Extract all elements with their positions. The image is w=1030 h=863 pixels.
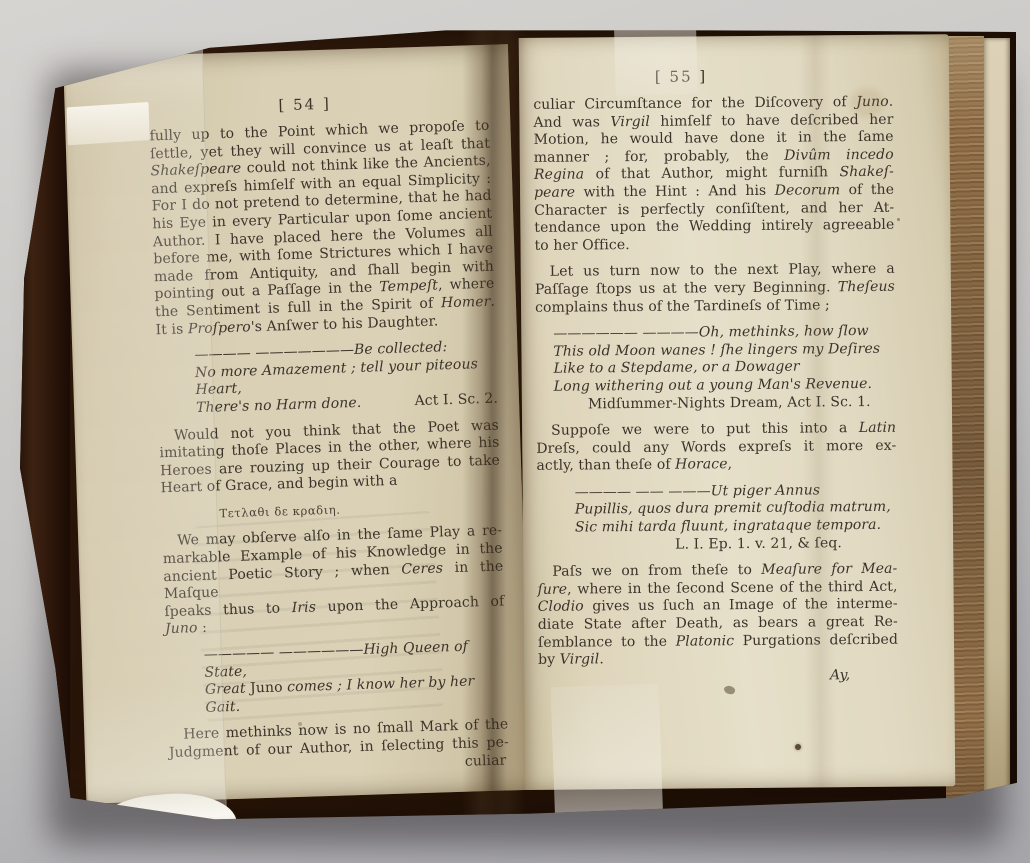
italic-text-segment: Juno [165, 621, 198, 638]
text-segment: of that Author, might furniſh [584, 165, 840, 183]
page-number-left: [ 54 ] [134, 89, 474, 120]
right-page: [ 55 ] culiar Circumſtance for the Diſco… [519, 34, 956, 790]
italic-text-segment: Ay, [830, 667, 850, 683]
italic-text-segment: Great [205, 681, 251, 698]
text-segment: himſelf to have deſcribed her [650, 111, 894, 129]
italic-text-segment: Iris [292, 599, 317, 616]
text-segment: —————— ———— [553, 325, 699, 342]
italic-text-segment: Theſeus [838, 279, 895, 295]
text-segment: gives us ſuch an Image of the interme- [584, 596, 898, 615]
page-number-right: [ 55 ] [501, 65, 861, 88]
text-segment: , where [438, 276, 495, 294]
left-page-text: [ 54 ] fully up to the Point which we pr… [148, 89, 509, 781]
text-line: Dreſs, could any Words expreſs it more e… [536, 437, 896, 458]
text-segment: ————— —————— [204, 642, 364, 663]
text-segment: Act I. Sc. 2. [414, 390, 498, 409]
text-segment: . [490, 294, 495, 310]
italic-text-segment: Oh, methinks, how ſlow [699, 323, 869, 340]
text-line: ſemblance to the Platonic Purgations deſ… [538, 631, 898, 652]
text-segment: of the [840, 182, 894, 198]
italic-text-segment: Ceres [401, 560, 443, 577]
text-line: Midſummer-Nights Dream, Act I. Sc. 1. [536, 393, 896, 414]
text-line: Τετλαθι δε κραδιη. [161, 496, 501, 524]
text-block: culiar Circumſtance for the Diſcovery of… [533, 94, 894, 255]
italic-text-segment: Homer [441, 294, 491, 312]
italic-text-segment: Regina [534, 167, 584, 183]
italic-text-segment: Shakeſpeare [150, 161, 241, 180]
text-block: fully up to the Point which we propoſe t… [149, 118, 495, 340]
italic-text-segment: Tempeſt [379, 278, 438, 296]
text-segment: culiar [465, 752, 507, 769]
right-page-text: [ 55 ] culiar Circumſtance for the Diſco… [533, 65, 898, 688]
tissue-repair-strip [551, 683, 664, 829]
text-block: Τετλαθι δε κραδιη. [161, 496, 501, 524]
left-page: [ 54 ] fully up to the Point which we pr… [63, 44, 531, 804]
text-segment: . [889, 94, 894, 110]
text-segment: complains thus of the Tardineſs of Time … [535, 297, 830, 316]
text-segment: ſemblance to the [538, 633, 676, 650]
text-line: This old Moon wanes ! ſhe lingers my Deſ… [535, 340, 895, 361]
italic-text-segment: Like to a Stepdame, or a Dowager [554, 359, 800, 377]
text-block: ———— —— ———Ut piger AnnusPupillis, quos … [537, 482, 898, 556]
text-segment: by [538, 652, 560, 668]
text-segment: It is [155, 321, 188, 338]
text-segment: culiar Circumſtance for the Diſcovery of [533, 94, 856, 113]
italic-text-segment: Be collected: [354, 339, 448, 358]
text-segment: Juno [250, 680, 283, 697]
text-segment: L. I. Ep. 1. v. 21, & ſeq. [675, 535, 842, 552]
italic-text-segment: Platonic [676, 633, 735, 650]
italic-text-segment: Latin [859, 420, 896, 436]
text-block: Would not you think that the Poet wasimi… [159, 417, 501, 498]
text-segment: ———— —— ——— [575, 483, 711, 500]
line-right-part: Act I. Sc. 2. [414, 390, 498, 410]
italic-text-segment: Clodio [538, 599, 584, 615]
text-line: Sic mihi tarda fluunt, ingrataque tempor… [537, 517, 897, 538]
text-segment: Dreſs, could any Words expreſs it more e… [536, 437, 896, 456]
text-line: actly, than theſe of Horace, [536, 455, 896, 476]
text-line: Paſſage ſtops us at the very Beginning. … [535, 279, 895, 300]
fore-edge-paper-band [984, 38, 1010, 808]
text-segment: to her Office. [534, 237, 629, 254]
text-line: tendance upon the Wedding intirely agree… [534, 217, 894, 238]
italic-text-segment: Juno [856, 94, 889, 110]
italic-text-segment: This old Moon wanes ! ſhe lingers my Deſ… [553, 341, 880, 360]
text-segment: actly, than theſe of [536, 457, 675, 474]
text-line: L. I. Ep. 1. v. 21, & ſeq. [537, 534, 897, 555]
text-segment: Τετλαθι δε κραδιη. [219, 502, 341, 520]
italic-text-segment: Virgil [560, 652, 600, 668]
text-segment: diate State after Death, as bears a grea… [538, 614, 898, 633]
text-segment: : [197, 620, 207, 636]
text-segment: Purgations deſcribed [734, 631, 898, 648]
text-block: Let us turn now to the next Play, where … [535, 261, 895, 317]
photograph-background: [ 54 ] fully up to the Point which we pr… [0, 0, 1030, 863]
italic-text-segment: Pupillis, quos dura premit cuſtodia matr… [575, 499, 891, 518]
text-segment: , where in the ſecond Scene of the third… [567, 579, 898, 598]
italic-text-segment: Sic mihi tarda fluunt, ingrataque tempor… [575, 517, 881, 536]
text-segment: Suppoſe we were to put this into a [551, 420, 859, 439]
text-block: We may obſerve alſo in the ſame Play a r… [162, 523, 505, 639]
italic-text-segment: Virgil [610, 113, 650, 129]
text-segment: Midſummer-Nights Dream, Act I. Sc. 1. [588, 393, 871, 411]
text-segment: Paſs we on from theſe to [552, 562, 761, 580]
book: [ 54 ] fully up to the Point which we pr… [10, 28, 1018, 820]
italic-text-segment: Meaſure for Mea- [761, 561, 897, 578]
text-segment: . [599, 652, 604, 668]
text-line: to her Office. [534, 234, 894, 255]
text-line: Ay, [538, 667, 898, 688]
text-block: ———— ———————Be collected:No more Amazeme… [156, 338, 498, 419]
text-block: —————— ————Oh, methinks, how ſlowThis ol… [535, 323, 896, 414]
italic-text-segment: Proſpero [188, 319, 251, 337]
text-line: complains thus of the Tardineſs of Time … [535, 296, 895, 317]
italic-text-segment: peare [534, 184, 575, 200]
text-segment: , [727, 456, 732, 472]
text-segment: Let us turn now to the next Play, where … [550, 261, 895, 280]
text-segment: tendance upon the Wedding intirely agree… [534, 217, 894, 236]
text-segment: Paſſage ſtops us at the very Beginning. [535, 279, 838, 298]
italic-text-segment: Ut piger Annus [711, 482, 821, 499]
italic-text-segment: Decorum [775, 182, 841, 199]
text-block: Paſs we on from theſe to Meaſure for Mea… [537, 561, 898, 687]
line-left-part: There's no Harm done. [196, 395, 362, 418]
text-segment: Motion, he would have done it in the ſam… [534, 129, 894, 148]
italic-text-segment: Shakeſ- [839, 164, 893, 180]
leather-cover-left-edge [10, 66, 70, 788]
text-segment: And was [533, 114, 610, 131]
italic-text-segment: Long withering out a young Man's Revenue… [554, 376, 872, 395]
text-block: Suppoſe we were to put this into a Latin… [536, 420, 896, 476]
italic-text-segment: Divûm incedo [784, 147, 894, 164]
text-segment: manner ; for, probably, the [534, 147, 785, 165]
text-block: Here methinks now is no ſmall Mark of th… [168, 717, 509, 780]
text-block: ————— ——————High Queen of State,Great Ju… [166, 637, 508, 718]
italic-text-segment: Horace [675, 456, 728, 472]
text-segment: Character is perfectly conſiſtent, and h… [534, 199, 894, 218]
italic-text-segment: ſure [537, 581, 567, 597]
text-segment: ſpeaks thus to [164, 600, 292, 620]
text-segment: with the Hint : And his [575, 183, 775, 201]
